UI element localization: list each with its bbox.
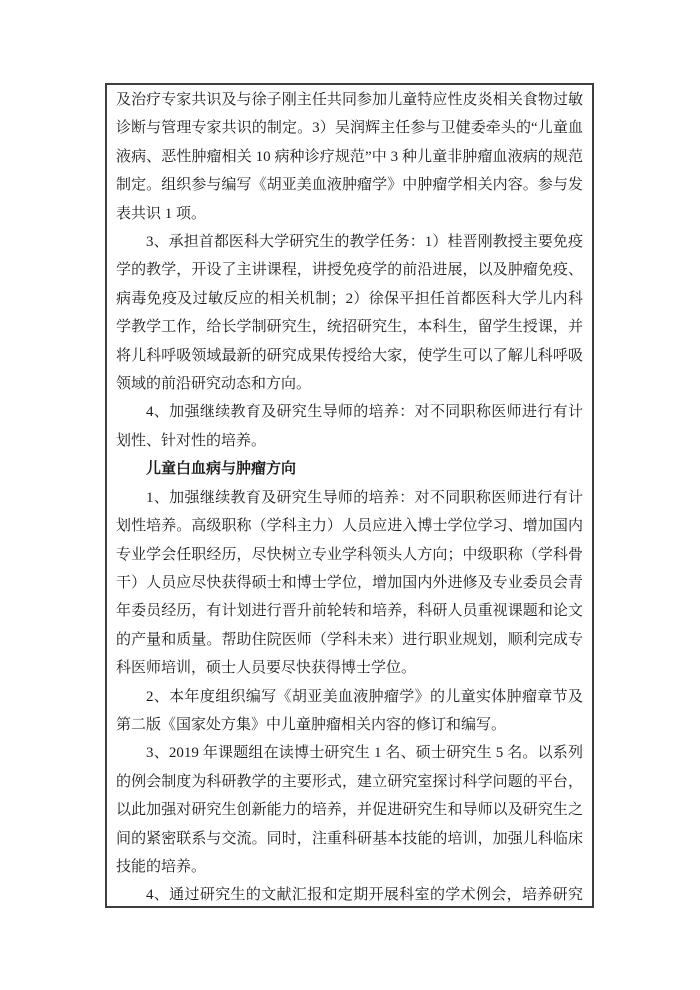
paragraph-truncated: 4、通过研究生的文献汇报和定期开展科室的学术例会，培养研究生持续不断学习的能力，… (116, 881, 583, 908)
paragraph: 2、本年度组织编写《胡亚美血液肿瘤学》的儿童实体肿瘤章节及第二版《国家处方集》中… (116, 683, 583, 740)
document-page: 及治疗专家共识及与徐子刚主任共同参加儿童特应性皮炎相关食物过敏诊断与管理专家共识… (0, 0, 700, 990)
paragraph: 4、加强继续教育及研究生导师的培养：对不同职称医师进行有计划性、针对性的培养。 (116, 398, 583, 455)
paragraph: 3、承担首都医科大学研究生的教学任务：1）桂晋刚教授主要免疫学的教学，开设了主讲… (116, 228, 583, 398)
paragraph: 1、加强继续教育及研究生导师的培养：对不同职称医师进行有计划性培养。高级职称（学… (116, 484, 583, 683)
paragraph: 3、2019 年课题组在读博士研究生 1 名、硕士研究生 5 名。以系列的例会制… (116, 739, 583, 881)
paragraph-continuation: 及治疗专家共识及与徐子刚主任共同参加儿童特应性皮炎相关食物过敏诊断与管理专家共识… (116, 86, 583, 228)
section-heading: 儿童白血病与肿瘤方向 (116, 455, 583, 483)
table-cell-border: 及治疗专家共识及与徐子刚主任共同参加儿童特应性皮炎相关食物过敏诊断与管理专家共识… (105, 83, 594, 908)
